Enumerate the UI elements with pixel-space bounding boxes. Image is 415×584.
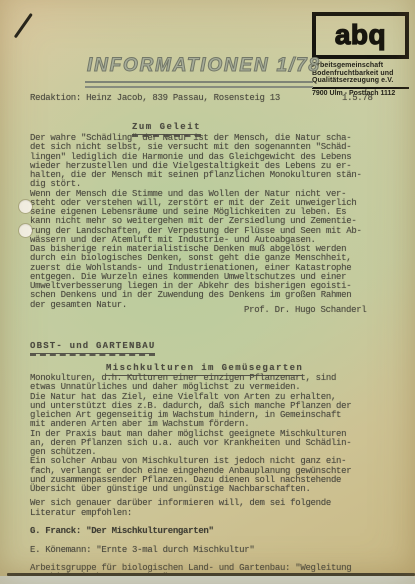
abq-logo-box: abq xyxy=(312,12,409,59)
logo-org-line3: Qualitätserzeugung e.V. xyxy=(312,77,409,85)
literature-item: G. Franck: "Der Mischkulturengarten" xyxy=(30,527,392,536)
logo-org-name: Arbeitsgemeinschaft Bodenfruchtbarkeit u… xyxy=(312,62,409,85)
literature-block: Wer sich genauer darüber informieren wil… xyxy=(30,490,392,584)
redaktion-line: Redaktion: Heinz Jacob, 839 Passau, Rose… xyxy=(30,94,280,103)
abq-logo-abbr: abq xyxy=(335,21,386,51)
newsletter-title: INFORMATIONEN 1/78 xyxy=(87,55,321,77)
title-underline xyxy=(85,81,313,88)
scanner-background-strip xyxy=(0,576,415,584)
section-heading-text: OBST- und GARTENBAU xyxy=(30,342,155,353)
issue-date: 1.5.78 xyxy=(342,94,373,103)
geleit-signature: Prof. Dr. Hugo Schanderl xyxy=(244,306,366,315)
geleit-body: Der wahre "Schädling" der Natur ist der … xyxy=(30,134,392,310)
logo-org-line1: Arbeitsgemeinschaft xyxy=(312,62,409,70)
section-body: Monokulturen, d.h. Kulturen einer einzig… xyxy=(30,374,392,494)
scanned-newsletter-page: abq Arbeitsgemeinschaft Bodenfruchtbarke… xyxy=(0,0,415,584)
punch-hole-bottom xyxy=(19,224,32,237)
punch-hole-top xyxy=(19,200,32,213)
logo-divider xyxy=(312,87,409,89)
logo-org-line2: Bodenfruchtbarkeit und xyxy=(312,70,409,78)
section-heading: OBST- und GARTENBAU xyxy=(30,333,155,354)
literature-intro: Wer sich genauer darüber informieren wil… xyxy=(30,499,392,518)
abq-logo: abq Arbeitsgemeinschaft Bodenfruchtbarke… xyxy=(312,12,409,97)
literature-item: E. Könemann: "Ernte 3-mal durch Mischkul… xyxy=(30,546,392,555)
pen-mark-icon xyxy=(14,13,33,38)
geleit-heading: Zum Geleit xyxy=(132,114,201,135)
